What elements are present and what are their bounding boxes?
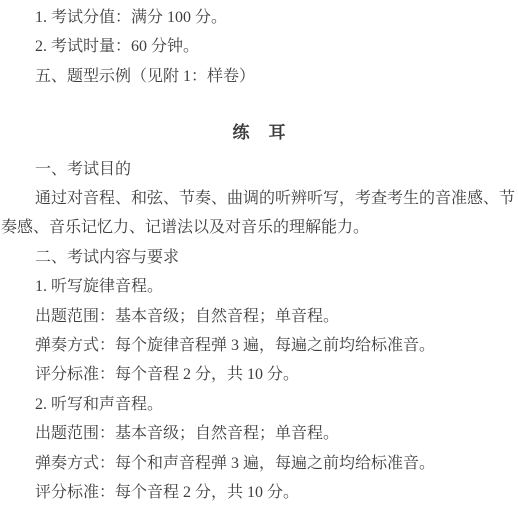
section-heading-ear-training: 练 耳 (1, 118, 518, 147)
doc-line-item2-scoring: 评分标准：每个音程 2 分，共 10 分。 (1, 478, 518, 507)
doc-line-exam-content-heading: 二、考试内容与要求 (1, 243, 518, 272)
doc-line-question-type-example: 五、题型示例（见附 1：样卷） (1, 62, 518, 91)
doc-line-item1-scope: 出题范围：基本音级；自然音程；单音程。 (1, 302, 518, 331)
doc-line-exam-score: 1. 考试分值：满分 100 分。 (1, 3, 518, 32)
doc-line-item1-playing-method: 弹奏方式：每个旋律音程弹 3 遍，每遍之前均给标准音。 (1, 331, 518, 360)
doc-line-item2-harmonic-interval: 2. 听写和声音程。 (1, 390, 518, 419)
doc-line-item1-scoring: 评分标准：每个音程 2 分，共 10 分。 (1, 360, 518, 389)
doc-line-purpose-text-2: 奏感、音乐记忆力、记谱法以及对音乐的理解能力。 (1, 213, 518, 242)
document-page: 1. 考试分值：满分 100 分。 2. 考试时量：60 分钟。 五、题型示例（… (0, 0, 518, 516)
doc-line-purpose-text-1: 通过对音程、和弦、节奏、曲调的听辨听写，考查考生的音准感、节 (1, 184, 518, 213)
doc-line-item2-playing-method: 弹奏方式：每个和声音程弹 3 遍，每遍之前均给标准音。 (1, 449, 518, 478)
doc-line-exam-purpose-heading: 一、考试目的 (1, 155, 518, 184)
doc-line-item2-scope: 出题范围：基本音级；自然音程；单音程。 (1, 419, 518, 448)
doc-line-exam-duration: 2. 考试时量：60 分钟。 (1, 32, 518, 61)
doc-line-item1-melodic-interval: 1. 听写旋律音程。 (1, 272, 518, 301)
